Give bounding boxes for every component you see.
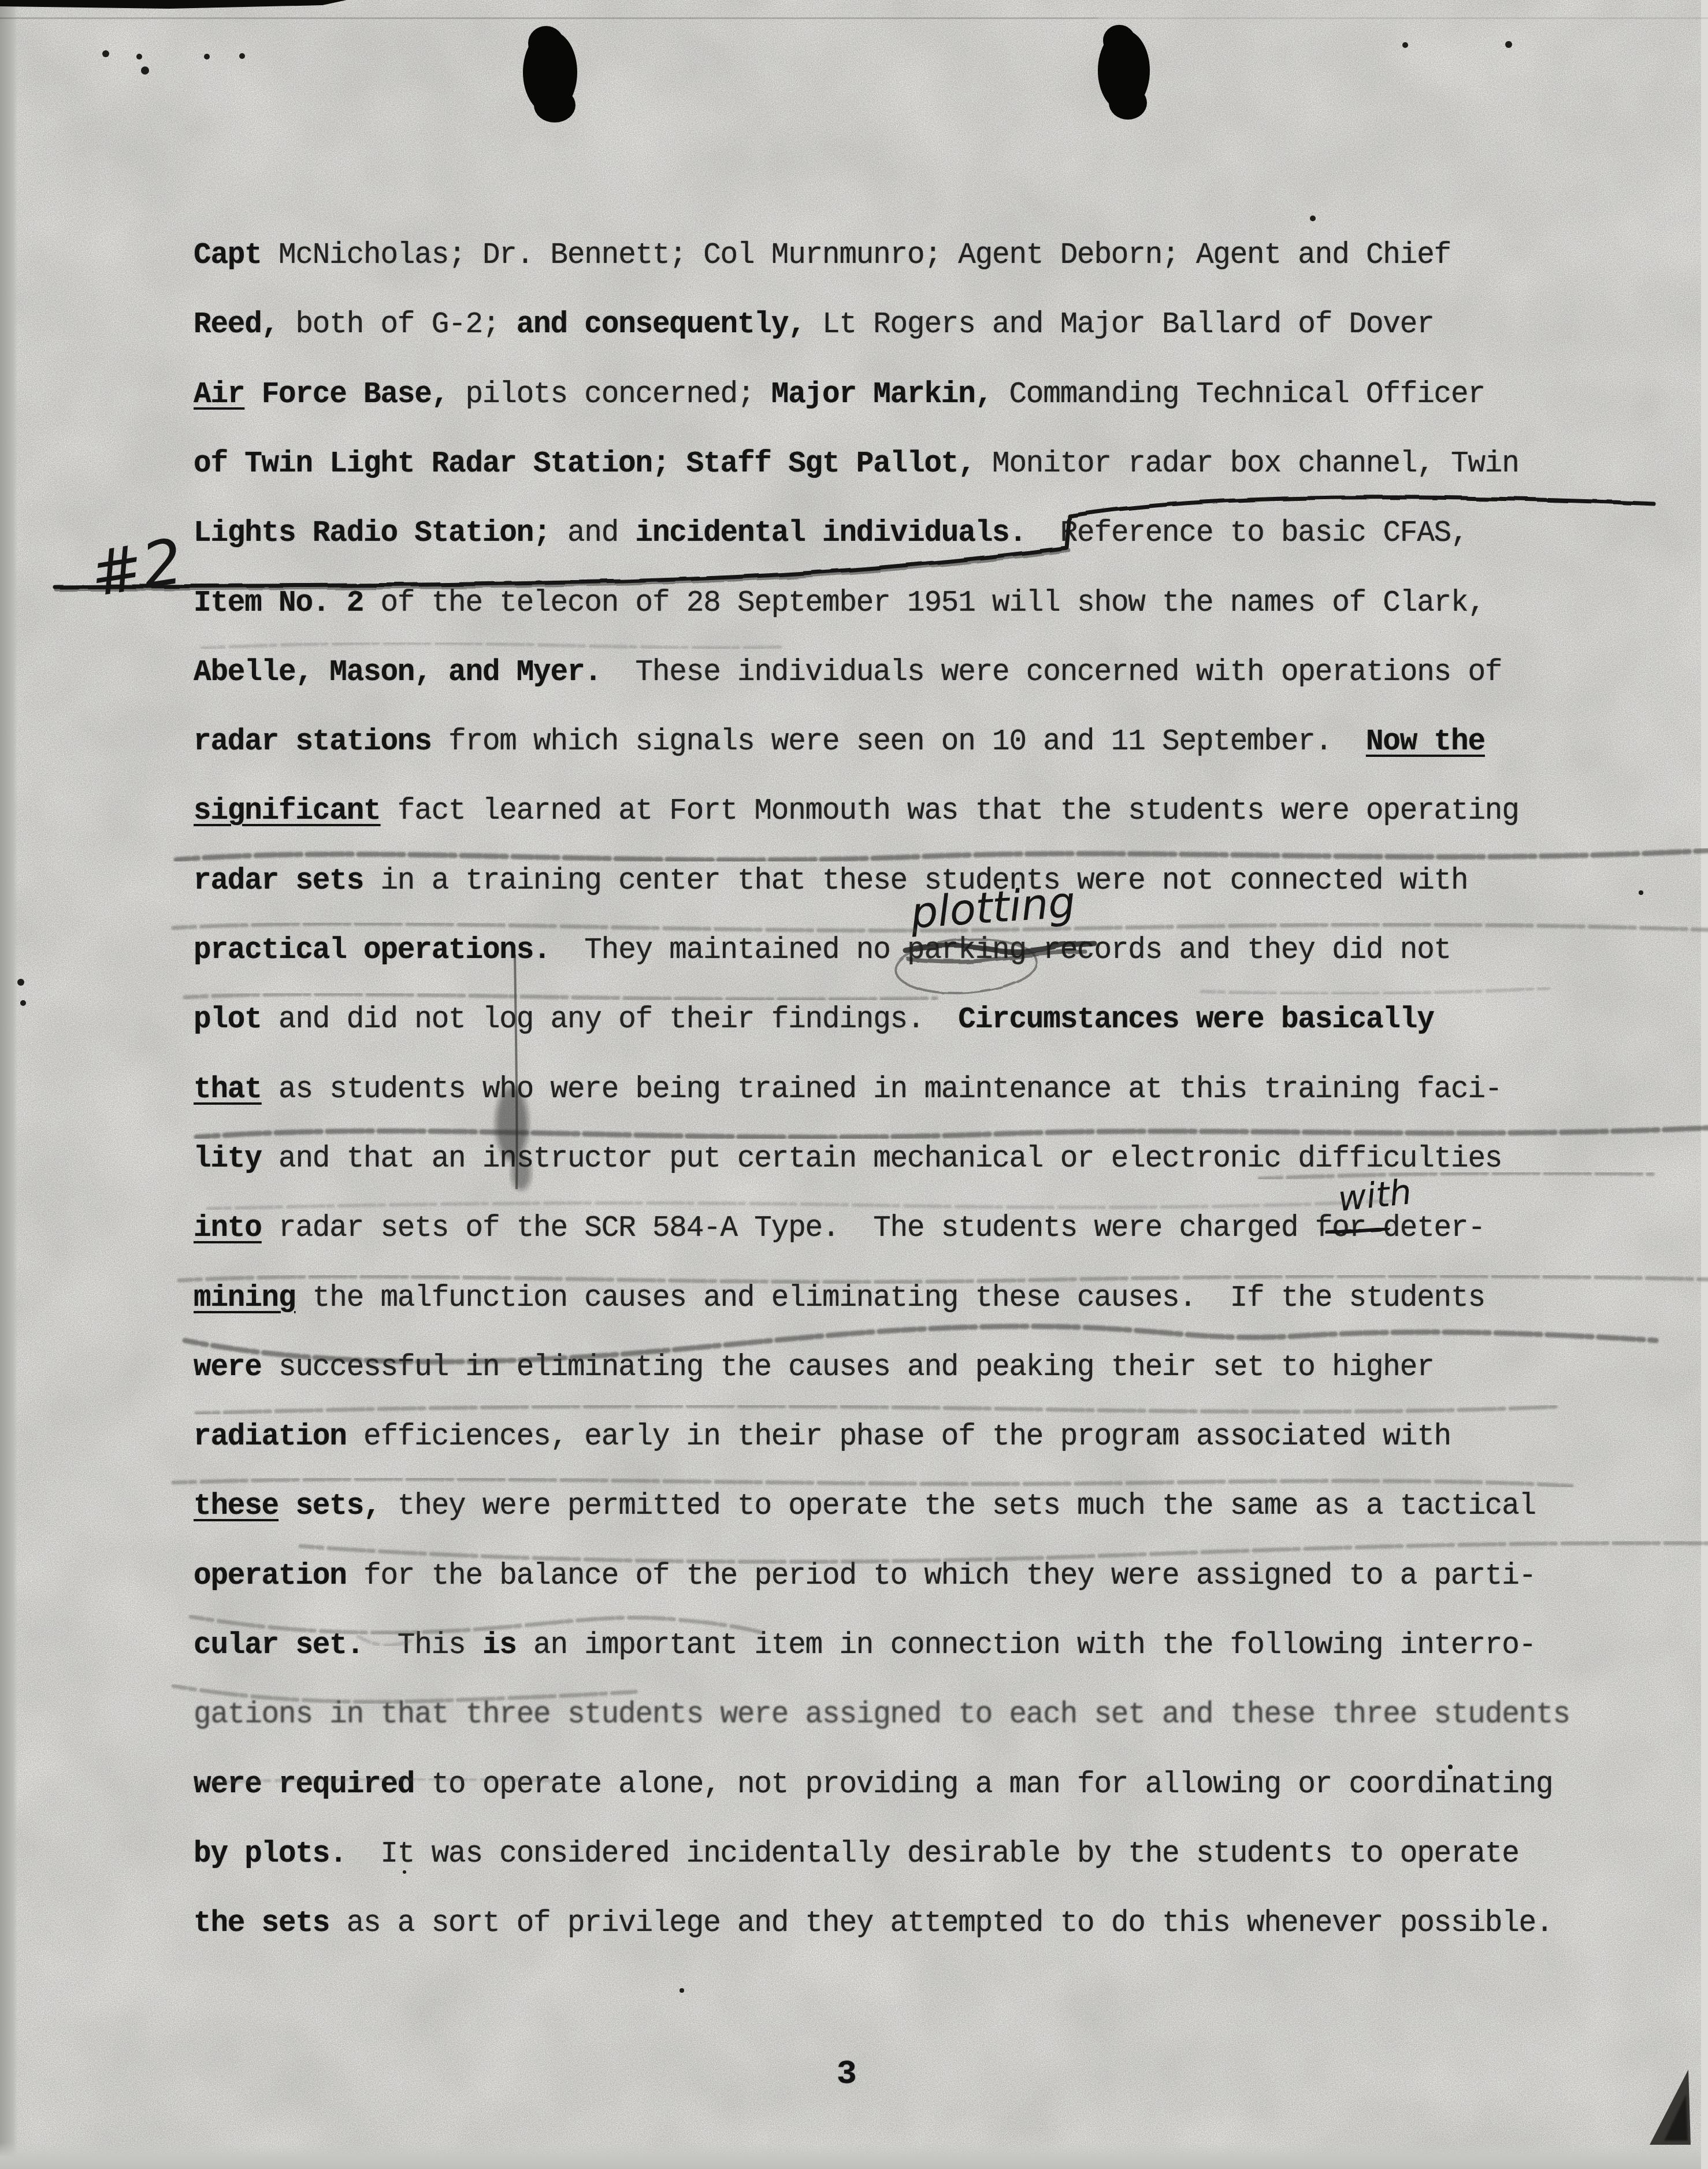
typed-line: gations in that three students were assi… [194,1698,1570,1733]
typed-line: significant fact learned at Fort Monmout… [194,794,1519,829]
typed-line: cular set. This is an important item in … [194,1629,1536,1663]
typed-line: Abelle, Mason, and Myer. These individua… [194,656,1502,690]
typed-line: by plots. It was considered incidentally… [194,1837,1519,1872]
typed-line: Reed, both of G-2; and consequently, Lt … [194,308,1434,343]
typed-line: lity and that an instructor put certain … [194,1142,1502,1177]
typed-line: the sets as a sort of privilege and they… [194,1907,1553,1941]
typed-line: that as students who were being trained … [194,1073,1502,1108]
typed-line: were required to operate alone, not prov… [194,1768,1553,1803]
typed-line: into radar sets of the SCR 584-A Type. T… [194,1212,1485,1246]
typed-line: Air Force Base, pilots concerned; Major … [194,378,1485,413]
typed-line: these sets, they were permitted to opera… [194,1490,1536,1524]
typed-line: radar stations from which signals were s… [194,725,1485,760]
typed-text: Capt McNicholas; Dr. Bennett; Col Murnmu… [0,0,1708,2169]
typed-line: radiation efficiences, early in their ph… [194,1420,1451,1455]
typed-line: of Twin Light Radar Station; Staff Sgt P… [194,447,1519,482]
typed-line: Lights Radio Station; and incidental ind… [194,517,1468,551]
typed-line: mining the malfunction causes and elimin… [194,1282,1485,1316]
typed-line: Capt McNicholas; Dr. Bennett; Col Murnmu… [194,239,1451,273]
typed-line: plot and did not log any of their findin… [194,1003,1434,1038]
typed-line: practical operations. They maintained no… [194,934,1451,968]
typed-line: were successful in eliminating the cause… [194,1351,1434,1386]
page-number: 3 [837,2056,857,2093]
typed-line: operation for the balance of the period … [194,1559,1536,1594]
document-page: Capt McNicholas; Dr. Bennett; Col Murnmu… [0,0,1708,2169]
typed-line: Item No. 2 of the telecon of 28 Septembe… [194,586,1485,621]
typed-line: radar sets in a training center that the… [194,864,1468,899]
